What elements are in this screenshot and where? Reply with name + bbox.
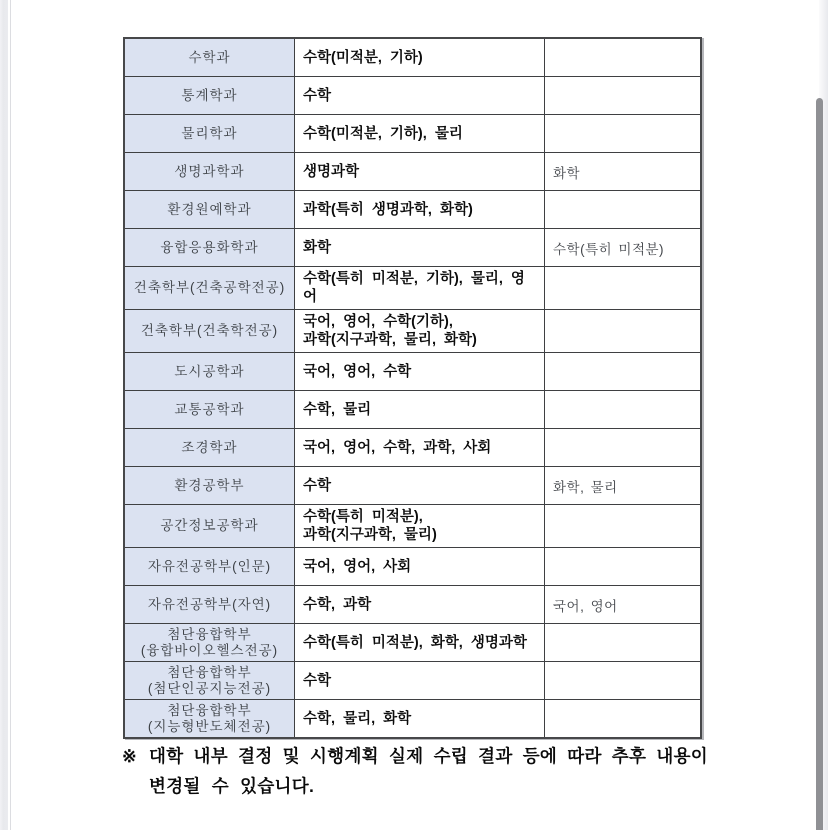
recommended-subjects-cell (545, 505, 700, 547)
department-cell: 교통공학과 (125, 391, 295, 428)
core-subjects-cell: 국어, 영어, 수학 (295, 353, 545, 390)
page-left-divider (10, 0, 11, 830)
recommended-subjects-cell (545, 391, 700, 428)
table-row: 공간정보공학과수학(특히 미적분), 과학(지구과학, 물리) (125, 504, 700, 547)
table-row: 도시공학과국어, 영어, 수학 (125, 352, 700, 390)
department-cell: 통계학과 (125, 77, 295, 114)
table-row: 건축학부(건축학전공)국어, 영어, 수학(기하), 과학(지구과학, 물리, … (125, 309, 700, 352)
department-cell: 수학과 (125, 39, 295, 76)
recommended-subjects-cell (545, 115, 700, 152)
table-row: 물리학과수학(미적분, 기하), 물리 (125, 114, 700, 152)
window-left-gutter (0, 0, 8, 830)
core-subjects-cell: 수학, 물리 (295, 391, 545, 428)
core-subjects-cell: 과학(특히 생명과학, 화학) (295, 191, 545, 228)
core-subjects-cell: 수학, 물리, 화학 (295, 700, 545, 737)
department-cell: 생명과학과 (125, 153, 295, 190)
recommended-subjects-cell (545, 77, 700, 114)
footnote-marker: ※ (122, 741, 149, 801)
table-row: 환경공학부수학화학, 물리 (125, 466, 700, 504)
table-row: 수학과수학(미적분, 기하) (125, 39, 700, 76)
subjects-table: 수학과수학(미적분, 기하)통계학과수학물리학과수학(미적분, 기하), 물리생… (123, 37, 702, 739)
recommended-subjects-cell (545, 267, 700, 309)
table-row: 환경원예학과과학(특히 생명과학, 화학) (125, 190, 700, 228)
core-subjects-cell: 국어, 영어, 수학(기하), 과학(지구과학, 물리, 화학) (295, 310, 545, 352)
table-row: 통계학과수학 (125, 76, 700, 114)
core-subjects-cell: 수학 (295, 467, 545, 504)
department-cell: 건축학부(건축학전공) (125, 310, 295, 352)
recommended-subjects-cell: 국어, 영어 (545, 586, 700, 623)
recommended-subjects-cell: 수학(특히 미적분) (545, 229, 700, 266)
department-cell: 융합응용화학과 (125, 229, 295, 266)
department-cell: 자유전공학부(인문) (125, 548, 295, 585)
core-subjects-cell: 수학, 과학 (295, 586, 545, 623)
recommended-subjects-cell (545, 548, 700, 585)
recommended-subjects-cell: 화학 (545, 153, 700, 190)
table-row: 자유전공학부(인문)국어, 영어, 사회 (125, 547, 700, 585)
core-subjects-cell: 생명과학 (295, 153, 545, 190)
core-subjects-cell: 수학(특히 미적분), 화학, 생명과학 (295, 624, 545, 661)
table-row: 융합응용화학과화학수학(특히 미적분) (125, 228, 700, 266)
footnote-text: 대학 내부 결정 및 시행계획 실제 수립 결과 등에 따라 추후 내용이 변경… (149, 741, 708, 801)
recommended-subjects-cell: 화학, 물리 (545, 467, 700, 504)
recommended-subjects-cell (545, 700, 700, 737)
department-cell: 물리학과 (125, 115, 295, 152)
core-subjects-cell: 국어, 영어, 수학, 과학, 사회 (295, 429, 545, 466)
footnote-line-2: 변경될 수 있습니다. (149, 771, 708, 801)
recommended-subjects-cell (545, 429, 700, 466)
department-cell: 공간정보공학과 (125, 505, 295, 547)
table-row: 첨단융합학부 (지능형반도체전공)수학, 물리, 화학 (125, 699, 700, 737)
table-row: 첨단융합학부 (융합바이오헬스전공)수학(특히 미적분), 화학, 생명과학 (125, 623, 700, 661)
department-cell: 첨단융합학부 (지능형반도체전공) (125, 700, 295, 737)
table-row: 교통공학과수학, 물리 (125, 390, 700, 428)
footnote: ※ 대학 내부 결정 및 시행계획 실제 수립 결과 등에 따라 추후 내용이 … (122, 741, 708, 801)
recommended-subjects-cell (545, 191, 700, 228)
table-row: 조경학과국어, 영어, 수학, 과학, 사회 (125, 428, 700, 466)
department-cell: 첨단융합학부 (첨단인공지능전공) (125, 662, 295, 699)
department-cell: 조경학과 (125, 429, 295, 466)
department-cell: 도시공학과 (125, 353, 295, 390)
recommended-subjects-cell (545, 662, 700, 699)
core-subjects-cell: 수학 (295, 77, 545, 114)
table-row: 첨단융합학부 (첨단인공지능전공)수학 (125, 661, 700, 699)
recommended-subjects-cell (545, 353, 700, 390)
department-cell: 첨단융합학부 (융합바이오헬스전공) (125, 624, 295, 661)
recommended-subjects-cell (545, 310, 700, 352)
department-cell: 환경원예학과 (125, 191, 295, 228)
recommended-subjects-cell (545, 624, 700, 661)
core-subjects-cell: 수학(미적분, 기하), 물리 (295, 115, 545, 152)
department-cell: 환경공학부 (125, 467, 295, 504)
recommended-subjects-cell (545, 39, 700, 76)
core-subjects-cell: 수학(미적분, 기하) (295, 39, 545, 76)
scrollbar-thumb[interactable] (816, 98, 823, 830)
department-cell: 자유전공학부(자연) (125, 586, 295, 623)
department-cell: 건축학부(건축공학전공) (125, 267, 295, 309)
core-subjects-cell: 화학 (295, 229, 545, 266)
table-row: 생명과학과생명과학화학 (125, 152, 700, 190)
footnote-line-1: 대학 내부 결정 및 시행계획 실제 수립 결과 등에 따라 추후 내용이 (149, 741, 708, 771)
core-subjects-cell: 수학 (295, 662, 545, 699)
document-page: 수학과수학(미적분, 기하)통계학과수학물리학과수학(미적분, 기하), 물리생… (0, 0, 828, 830)
core-subjects-cell: 수학(특히 미적분, 기하), 물리, 영어 (295, 267, 545, 309)
table-row: 자유전공학부(자연)수학, 과학국어, 영어 (125, 585, 700, 623)
core-subjects-cell: 수학(특히 미적분), 과학(지구과학, 물리) (295, 505, 545, 547)
table-row: 건축학부(건축공학전공)수학(특히 미적분, 기하), 물리, 영어 (125, 266, 700, 309)
core-subjects-cell: 국어, 영어, 사회 (295, 548, 545, 585)
